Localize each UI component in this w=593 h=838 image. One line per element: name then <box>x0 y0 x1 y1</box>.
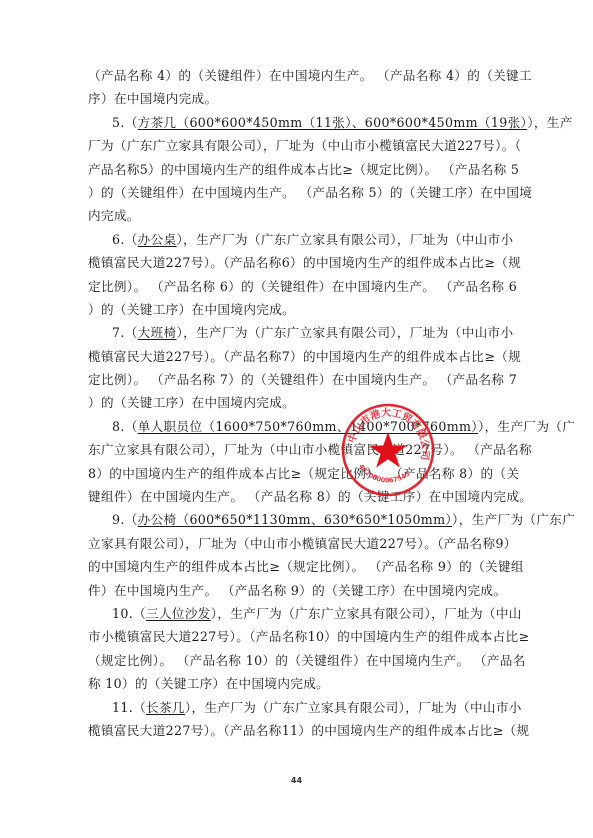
text-span: 10.（ <box>112 606 146 621</box>
text-line: 6.（办公桌），生产厂为（广东广立家具有限公司），厂址为（中山市小 <box>88 228 506 251</box>
text-line: 东广立家具有限公司），厂址为（中山市小榄镇富民大道227号）。 （产品名称 <box>88 438 506 461</box>
text-span: 9.（ <box>112 512 138 527</box>
text-span: 11.（ <box>112 700 146 715</box>
text-line: 立家具有限公司），厂址为（中山市小榄镇富民大道227号）。（产品名称9） <box>88 532 506 555</box>
text-span: 6.（ <box>112 232 138 247</box>
text-span: 8.（ <box>112 419 138 434</box>
text-span: （规定比例）。 （产品名称 10）的（关键组件）在中国境内生产。 （产品名 <box>88 653 526 668</box>
text-span: ），生产厂为（广 <box>478 419 575 434</box>
text-span: 件）在中国境内生产。 （产品名称 9）的（关键工序）在中国境内完成。 <box>88 583 506 598</box>
text-line: ）的（关键工序）在中国境内完成。 <box>88 391 506 414</box>
text-line: 5.（方茶几（600*600*450mm（11张）、600*600*450mm（… <box>88 111 506 134</box>
text-line: 8.（单人职员位（1600*750*760mm、1400*700*760mm））… <box>88 415 506 438</box>
text-span: 市小榄镇富民大道227号）。（产品名称10）的中国境内生产的组件成本占比≥ <box>88 629 529 644</box>
text-span: 内完成。 <box>88 208 140 223</box>
product-name: 大班椅 <box>138 325 177 340</box>
text-span: ），生产厂为（广东广立家具有限公司），厂址为（中山市小 <box>177 325 514 340</box>
text-span: 东广立家具有限公司），厂址为（中山市小榄镇富民大道227号）。 （产品名称 <box>88 442 532 457</box>
text-span: 榄镇富民大道227号）。（产品名称6）的中国境内生产的组件成本占比≥（规 <box>88 255 521 270</box>
text-line: 7.（大班椅），生产厂为（广东广立家具有限公司），厂址为（中山市小 <box>88 321 506 344</box>
text-line: 榄镇富民大道227号）。（产品名称6）的中国境内生产的组件成本占比≥（规 <box>88 251 506 274</box>
text-span: ），生产厂为（广东广立家具有限公司），厂址为（中山市小 <box>177 232 514 247</box>
text-line: 序）在中国境内完成。 <box>88 87 506 110</box>
text-line: 榄镇富民大道227号）。（产品名称7）的中国境内生产的组件成本占比≥（规 <box>88 345 506 368</box>
text-line: 9.（办公椅（600*650*1130mm、630*650*1050mm）），生… <box>88 508 506 531</box>
text-span: ）的（关键工序）在中国境内完成。 <box>88 395 295 410</box>
text-line: 件）在中国境内生产。 （产品名称 9）的（关键工序）在中国境内完成。 <box>88 579 506 602</box>
text-line: ）的（关键组件）在中国境内生产。 （产品名称 5）的（关键工序）在中国境 <box>88 181 506 204</box>
text-line: 榄镇富民大道227号）。（产品名称11）的中国境内生产的组件成本占比≥（规 <box>88 719 506 742</box>
text-span: 产品名称5）的中国境内生产的组件成本占比≥（规定比例）。 （产品名称 5 <box>88 162 519 177</box>
text-line: 定比例）。 （产品名称 6）的（关键组件）在中国境内生产。 （产品名称 6 <box>88 275 506 298</box>
text-line: 内完成。 <box>88 204 506 227</box>
text-line: 10.（三人位沙发），生产厂为（广东广立家具有限公司），厂址为（中山 <box>88 602 506 625</box>
text-line: 8）的中国境内生产的组件成本占比≥（规定比例）。 （产品名称 8）的（关 <box>88 462 506 485</box>
text-line: 产品名称5）的中国境内生产的组件成本占比≥（规定比例）。 （产品名称 5 <box>88 158 506 181</box>
text-span: 键组件）在中国境内生产。 （产品名称 8）的（关键工序）在中国境内完成。 <box>88 489 532 504</box>
svg-text:4420800067545: 4420800067545 <box>357 463 412 485</box>
text-span: ），生产 <box>527 115 572 130</box>
star-icon <box>369 432 407 468</box>
product-name: 三人位沙发 <box>146 606 211 621</box>
product-name: 办公桌 <box>138 232 177 247</box>
text-line: ）的（关键工序）在中国境内完成。 <box>88 298 506 321</box>
text-line: 的中国境内生产的组件成本占比≥（规定比例）。 （产品名称 9）的（关键组 <box>88 555 506 578</box>
text-span: ），生产厂为（广东广立家具有限公司），厂址为（中山市小 <box>185 700 522 715</box>
page-number: 44 <box>0 776 593 785</box>
text-span: 称 10）的（关键工序）在中国境内完成。 <box>88 676 329 691</box>
text-line: 称 10）的（关键工序）在中国境内完成。 <box>88 672 506 695</box>
text-span: ）的（关键工序）在中国境内完成。 <box>88 302 295 317</box>
company-seal-stamp: 中山市港大工贸有限公司 4420800067545 <box>340 402 436 498</box>
text-span: ），生产厂为（广东广 <box>452 512 575 527</box>
product-name: 办公椅（600*650*1130mm、630*650*1050mm） <box>138 512 452 527</box>
text-span: 榄镇富民大道227号）。（产品名称7）的中国境内生产的组件成本占比≥（规 <box>88 349 521 364</box>
text-line: （产品名称 4）的（关键组件）在中国境内生产。 （产品名称 4）的（关键工 <box>88 64 506 87</box>
text-span: ）的（关键组件）在中国境内生产。 （产品名称 5）的（关键工序）在中国境 <box>88 185 532 200</box>
document-page: （产品名称 4）的（关键组件）在中国境内生产。 （产品名称 4）的（关键工序）在… <box>0 0 593 838</box>
text-line: 厂为（广东广立家具有限公司），厂址为（中山市小榄镇富民大道227号）。（ <box>88 134 506 157</box>
text-line: （规定比例）。 （产品名称 10）的（关键组件）在中国境内生产。 （产品名 <box>88 649 506 672</box>
text-span: 立家具有限公司），厂址为（中山市小榄镇富民大道227号）。（产品名称9） <box>88 536 517 551</box>
text-span: （产品名称 4）的（关键组件）在中国境内生产。 （产品名称 4）的（关键工 <box>88 68 532 83</box>
text-span: 的中国境内生产的组件成本占比≥（规定比例）。 （产品名称 9）的（关键组 <box>88 559 524 574</box>
text-span: 厂为（广东广立家具有限公司），厂址为（中山市小榄镇富民大道227号）。（ <box>88 138 521 153</box>
document-body: （产品名称 4）的（关键组件）在中国境内生产。 （产品名称 4）的（关键工序）在… <box>88 64 506 742</box>
text-span: 定比例）。 （产品名称 7）的（关键组件）在中国境内生产。 （产品名称 7 <box>88 372 517 387</box>
text-span: 榄镇富民大道227号）。（产品名称11）的中国境内生产的组件成本占比≥（规 <box>88 723 529 738</box>
product-name: 方茶几（600*600*450mm（11张）、600*600*450mm（19张… <box>138 115 528 130</box>
text-span: 5.（ <box>112 115 138 130</box>
text-span: 7.（ <box>112 325 138 340</box>
text-span: 序）在中国境内完成。 <box>88 91 217 106</box>
text-line: 11.（长茶几），生产厂为（广东广立家具有限公司），厂址为（中山市小 <box>88 696 506 719</box>
text-span: 定比例）。 （产品名称 6）的（关键组件）在中国境内生产。 （产品名称 6 <box>88 279 517 294</box>
product-name: 长茶几 <box>146 700 185 715</box>
text-span: 8）的中国境内生产的组件成本占比≥（规定比例）。 （产品名称 8）的（关 <box>88 466 519 481</box>
text-line: 键组件）在中国境内生产。 （产品名称 8）的（关键工序）在中国境内完成。 <box>88 485 506 508</box>
text-line: 市小榄镇富民大道227号）。（产品名称10）的中国境内生产的组件成本占比≥ <box>88 625 506 648</box>
text-line: 定比例）。 （产品名称 7）的（关键组件）在中国境内生产。 （产品名称 7 <box>88 368 506 391</box>
text-span: ），生产厂为（广东广立家具有限公司），厂址为（中山 <box>211 606 522 621</box>
